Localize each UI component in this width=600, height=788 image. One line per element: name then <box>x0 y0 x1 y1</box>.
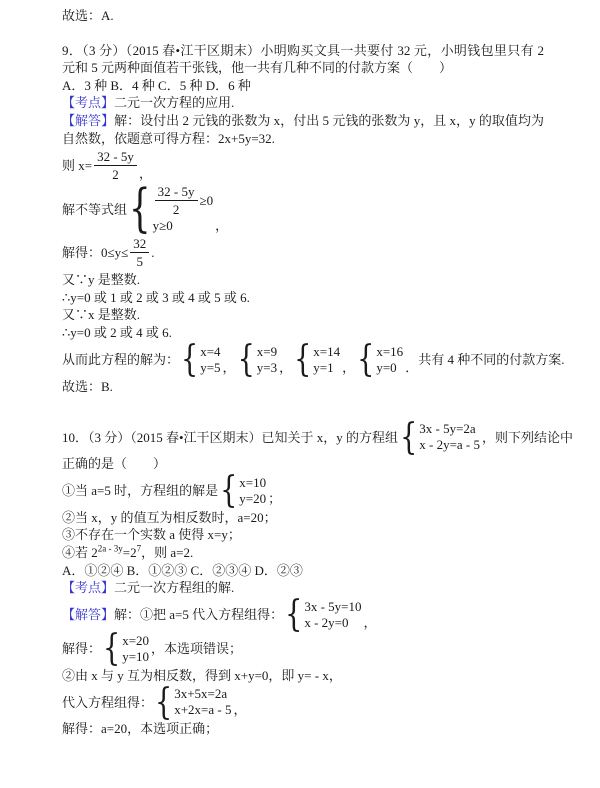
system-row: x+2x=a - 5 <box>174 702 231 718</box>
p10-final-line: 解得：a=20，本选项正确； <box>62 720 544 738</box>
item4-part1: ④若 2 <box>62 545 98 560</box>
jieda-prefix: 解：①把 a=5 代入方程组得： <box>114 606 283 623</box>
fraction-numerator: 32 - 5y <box>155 184 198 201</box>
left-brace: { <box>103 630 120 666</box>
solve1-suffix: ，本选项错误； <box>151 640 242 657</box>
left-brace: { <box>129 184 151 235</box>
left-brace: { <box>294 341 311 377</box>
jieda-label: 【解答】 <box>62 606 114 623</box>
document-page: 故选：A. 9．（3 分）（2015 春•江干区期末）小明购买文具一共要付 32… <box>0 0 600 738</box>
solutions-prefix: 从而此方程的解为： <box>62 351 179 368</box>
system-row: y=0 <box>376 360 403 376</box>
system-row: 32 - 5y 2 ≥0 <box>153 184 213 217</box>
system-rows: x=10 y=20 <box>239 475 266 507</box>
solution-system: { x=9 y=3 <box>238 344 278 376</box>
fraction-denominator: 5 <box>130 253 149 269</box>
system-row: x - 2y=0 <box>304 615 361 631</box>
p9-jieda-line: 【解答】解：设付出 2 元钱的张数为 x，付出 5 元钱的张数为 y，且 x，y… <box>62 112 544 147</box>
equation-system: { 3x+5x=2a x+2x=a - 5 <box>155 686 231 718</box>
p10-jieda-line: 【解答】 解：①把 a=5 代入方程组得： { 3x - 5y=10 x - 2… <box>62 599 544 631</box>
item4-exponent1: 2a - 3y <box>98 544 123 554</box>
p10-title-prefix: 10．（3 分）（2015 春•江干区期末）已知关于 x，y 的方程组 <box>62 429 398 446</box>
section-gap <box>62 25 544 42</box>
item4-part2: =2 <box>123 545 137 560</box>
p10-statement-line: 10．（3 分）（2015 春•江干区期末）已知关于 x，y 的方程组 { 3x… <box>62 421 544 453</box>
system-rows: x=16 y=0 <box>376 344 403 376</box>
system-row: 3x+5x=2a <box>174 686 231 702</box>
system-row: x=10 <box>239 475 266 491</box>
system-row: x=20 <box>122 633 149 649</box>
p9-y-values-line: ∴y=0 或 1 或 2 或 3 或 4 或 5 或 6. <box>62 289 544 307</box>
p9-inequality-line: 解不等式组 { 32 - 5y 2 ≥0 y≥0 ， <box>62 184 544 234</box>
substitute-prefix: 代入方程组得： <box>62 694 153 711</box>
kaodian-text: 二元一次方程的应用. <box>114 95 234 110</box>
fraction: 32 - 5y 2 <box>94 149 137 182</box>
p10-title-suffix: ，则下列结论中 <box>482 429 573 446</box>
separator: ， <box>279 359 292 376</box>
system-row: y=1 <box>313 360 340 376</box>
inequality-suffix: ， <box>215 217 228 234</box>
bound-suffix: . <box>151 244 154 261</box>
solution-system: { x=10 y=20 <box>220 475 266 507</box>
system-row: y=5 <box>200 360 220 376</box>
jieda-label: 【解答】 <box>62 113 114 128</box>
fraction: 32 - 5y 2 <box>155 184 198 217</box>
p9-bound-line: 解得：0≤y≤ 32 5 . <box>62 236 544 269</box>
left-brace: { <box>400 419 417 455</box>
left-brace: { <box>238 341 255 377</box>
system-rows: 3x - 5y=10 x - 2y=0 <box>304 599 361 631</box>
p10-kaodian-line: 【考点】二元一次方程组的解. <box>62 579 544 597</box>
p9-solutions-line: 从而此方程的解为： { x=4 y=5 ， { x=9 y=3 ， { x=14… <box>62 344 544 376</box>
p10-item2-line: ②当 x，y 的值互为相反数时，a=20； <box>62 509 544 527</box>
system-row: x - 2y=a - 5 <box>419 437 480 453</box>
inequality-system: { 32 - 5y 2 ≥0 y≥0 <box>129 184 213 234</box>
p10-substitute-line: 代入方程组得： { 3x+5x=2a x+2x=a - 5 ， <box>62 686 544 718</box>
system-rows: x=20 y=10 <box>122 633 149 665</box>
p10-item3-line: ③不存在一个实数 a 使得 x=y； <box>62 526 544 544</box>
then-prefix: 则 x= <box>62 157 92 174</box>
system-row: x=4 <box>200 344 220 360</box>
system-row: y≥0 <box>153 217 213 234</box>
p10-statement-line2: 正确的是（ ） <box>62 455 544 473</box>
fraction-denominator: 2 <box>155 201 198 217</box>
section-gap <box>62 395 544 419</box>
solution-system: { x=20 y=10 <box>103 633 149 665</box>
system-row: x=16 <box>376 344 403 360</box>
p10-solve1-line: 解得： { x=20 y=10 ，本选项错误； <box>62 633 544 665</box>
equation-system: { 3x - 5y=10 x - 2y=0 <box>285 599 361 631</box>
solve1-prefix: 解得： <box>62 640 101 657</box>
solution-system: { x=14 y=1 <box>294 344 340 376</box>
solution-system: { x=16 y=0 <box>357 344 403 376</box>
p10-item1-line: ①当 a=5 时，方程组的解是 { x=10 y=20 ； <box>62 475 544 507</box>
left-brace: { <box>285 596 302 632</box>
jieda-suffix: ， <box>363 614 376 631</box>
system-rows: x=9 y=3 <box>257 344 277 376</box>
system-row: 3x - 5y=2a <box>419 421 480 437</box>
left-brace: { <box>155 684 172 720</box>
inequality-prefix: 解不等式组 <box>62 201 127 218</box>
kaodian-text: 二元一次方程组的解. <box>114 580 234 595</box>
system-row: x=9 <box>257 344 277 360</box>
p9-y-integer-line: 又∵y 是整数. <box>62 271 544 289</box>
fraction: 32 5 <box>130 236 149 269</box>
p10-options-line: A．①②④ B．①②③ C．②③④ D．②③ <box>62 562 544 580</box>
separator: ， <box>223 359 236 376</box>
p9-options-line: A．3 种 B．4 种 C．5 种 D．6 种 <box>62 77 544 95</box>
left-brace: { <box>220 472 237 508</box>
kaodian-label: 【考点】 <box>62 95 114 110</box>
system-row: 3x - 5y=10 <box>304 599 361 615</box>
separator: ． <box>405 359 418 376</box>
system-row: y=20 <box>239 491 266 507</box>
equation-system: { 3x - 5y=2a x - 2y=a - 5 <box>400 421 480 453</box>
p9-statement: 9．（3 分）（2015 春•江干区期末）小明购买文具一共要付 32 元，小明钱… <box>62 42 544 77</box>
system-row: x=14 <box>313 344 340 360</box>
p9-solve-x-line: 则 x= 32 - 5y 2 ， <box>62 149 544 182</box>
p8-answer-line: 故选：A. <box>62 7 544 25</box>
p9-x-integer-line: 又∵x 是整数. <box>62 306 544 324</box>
p10-item2-detail-line: ②由 x 与 y 互为相反数，得到 x+y=0，即 y= - x， <box>62 667 544 685</box>
substitute-suffix: ， <box>233 701 246 718</box>
jieda-text: 解：设付出 2 元钱的张数为 x，付出 5 元钱的张数为 y，且 x，y 的取值… <box>62 113 544 146</box>
system-rows: 32 - 5y 2 ≥0 y≥0 <box>153 184 213 234</box>
solutions-suffix: 共有 4 种不同的付款方案. <box>418 351 564 368</box>
inequality-row1-rest: ≥0 <box>200 192 214 209</box>
p10-item4-line: ④若 22a - 3y=27，则 a=2. <box>62 544 544 562</box>
separator: ， <box>342 359 355 376</box>
item4-part3: ，则 a=2. <box>141 545 193 560</box>
system-rows: 3x - 5y=2a x - 2y=a - 5 <box>419 421 480 453</box>
fraction-numerator: 32 - 5y <box>94 149 137 166</box>
item1-prefix: ①当 a=5 时，方程组的解是 <box>62 482 218 499</box>
left-brace: { <box>181 341 198 377</box>
solution-system: { x=4 y=5 <box>181 344 221 376</box>
p9-kaodian-line: 【考点】二元一次方程的应用. <box>62 94 544 112</box>
bound-prefix: 解得：0≤y≤ <box>62 244 128 261</box>
system-row: y=3 <box>257 360 277 376</box>
system-row: y=10 <box>122 649 149 665</box>
kaodian-label: 【考点】 <box>62 580 114 595</box>
system-rows: 3x+5x=2a x+2x=a - 5 <box>174 686 231 718</box>
system-rows: x=4 y=5 <box>200 344 220 376</box>
left-brace: { <box>357 341 374 377</box>
system-rows: x=14 y=1 <box>313 344 340 376</box>
item1-suffix: ； <box>268 490 281 507</box>
